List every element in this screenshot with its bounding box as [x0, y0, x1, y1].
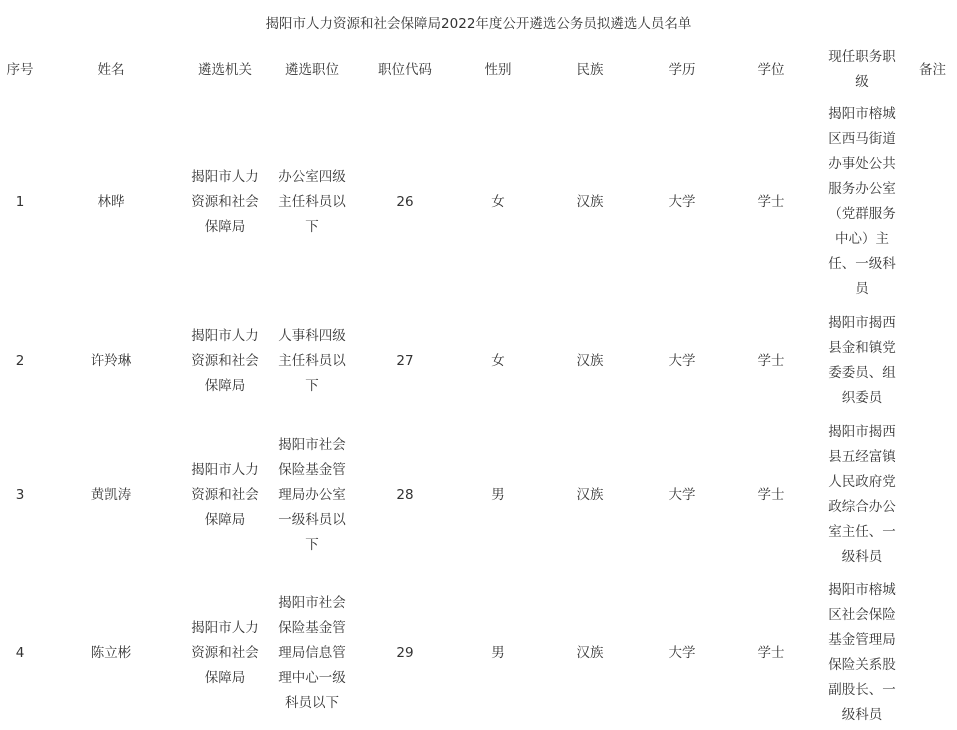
- header-education: 学历: [638, 42, 726, 98]
- table-row: 2 许羚琳 揭阳市人力资源和社会保障局 人事科四级主任科员以下 27 女 汉族 …: [0, 306, 957, 416]
- cell-current-post-text: 揭阳市榕城区社会保险基金管理局保险关系股副股长、一级科员: [827, 578, 897, 728]
- cell-position-text: 揭阳市社会保险基金管理局办公室一级科员以下: [277, 433, 347, 558]
- cell-org-text: 揭阳市人力资源和社会保障局: [190, 616, 260, 691]
- table-row: 3 黄凯涛 揭阳市人力资源和社会保障局 揭阳市社会保险基金管理局办公室一级科员以…: [0, 416, 957, 574]
- cell-no: 4: [0, 574, 40, 730]
- cell-ethnicity: 汉族: [542, 416, 638, 574]
- cell-remark: [908, 306, 957, 416]
- cell-gender: 女: [454, 98, 542, 306]
- cell-gender: 男: [454, 416, 542, 574]
- cell-no: 3: [0, 416, 40, 574]
- cell-org: 揭阳市人力资源和社会保障局: [182, 306, 268, 416]
- table-header-row: 序号 姓名 遴选机关 遴选职位 职位代码 性别 民族 学历 学位 现任职务职级 …: [0, 42, 957, 98]
- cell-position: 揭阳市社会保险基金管理局信息管理中心一级科员以下: [268, 574, 356, 730]
- cell-education: 大学: [638, 416, 726, 574]
- header-ethnicity: 民族: [542, 42, 638, 98]
- cell-name: 林晔: [40, 98, 182, 306]
- cell-remark: [908, 98, 957, 306]
- cell-current-post-text: 揭阳市揭西县金和镇党委委员、组织委员: [827, 311, 897, 411]
- cell-remark: [908, 416, 957, 574]
- cell-code: 28: [356, 416, 454, 574]
- cell-education: 大学: [638, 306, 726, 416]
- cell-education: 大学: [638, 574, 726, 730]
- cell-org: 揭阳市人力资源和社会保障局: [182, 416, 268, 574]
- cell-current-post: 揭阳市揭西县五经富镇人民政府党政综合办公室主任、一级科员: [816, 416, 908, 574]
- cell-current-post: 揭阳市榕城区西马街道办事处公共服务办公室（党群服务中心）主任、一级科员: [816, 98, 908, 306]
- cell-org-text: 揭阳市人力资源和社会保障局: [190, 458, 260, 533]
- cell-position: 揭阳市社会保险基金管理局办公室一级科员以下: [268, 416, 356, 574]
- header-remark: 备注: [908, 42, 957, 98]
- cell-current-post-text: 揭阳市揭西县五经富镇人民政府党政综合办公室主任、一级科员: [827, 420, 897, 570]
- cell-no: 1: [0, 98, 40, 306]
- table-row: 1 林晔 揭阳市人力资源和社会保障局 办公室四级主任科员以下 26 女 汉族 大…: [0, 98, 957, 306]
- cell-no: 2: [0, 306, 40, 416]
- header-current-post-label: 现任职务职级: [827, 45, 897, 95]
- cell-position-text: 办公室四级主任科员以下: [277, 165, 347, 240]
- cell-current-post-text: 揭阳市榕城区西马街道办事处公共服务办公室（党群服务中心）主任、一级科员: [827, 102, 897, 302]
- cell-name: 黄凯涛: [40, 416, 182, 574]
- cell-ethnicity: 汉族: [542, 574, 638, 730]
- cell-degree: 学士: [726, 306, 816, 416]
- cell-name: 许羚琳: [40, 306, 182, 416]
- header-gender: 性别: [454, 42, 542, 98]
- cell-degree: 学士: [726, 416, 816, 574]
- header-current-post: 现任职务职级: [816, 42, 908, 98]
- header-code: 职位代码: [356, 42, 454, 98]
- cell-org-text: 揭阳市人力资源和社会保障局: [190, 165, 260, 240]
- cell-position: 人事科四级主任科员以下: [268, 306, 356, 416]
- table-row: 4 陈立彬 揭阳市人力资源和社会保障局 揭阳市社会保险基金管理局信息管理中心一级…: [0, 574, 957, 730]
- cell-education: 大学: [638, 98, 726, 306]
- cell-position-text: 揭阳市社会保险基金管理局信息管理中心一级科员以下: [277, 591, 347, 716]
- header-position: 遴选职位: [268, 42, 356, 98]
- cell-ethnicity: 汉族: [542, 306, 638, 416]
- cell-org: 揭阳市人力资源和社会保障局: [182, 574, 268, 730]
- header-degree: 学位: [726, 42, 816, 98]
- cell-remark: [908, 574, 957, 730]
- cell-org-text: 揭阳市人力资源和社会保障局: [190, 324, 260, 399]
- cell-degree: 学士: [726, 574, 816, 730]
- header-name: 姓名: [40, 42, 182, 98]
- cell-ethnicity: 汉族: [542, 98, 638, 306]
- cell-current-post: 揭阳市揭西县金和镇党委委员、组织委员: [816, 306, 908, 416]
- cell-position: 办公室四级主任科员以下: [268, 98, 356, 306]
- cell-name: 陈立彬: [40, 574, 182, 730]
- cell-org: 揭阳市人力资源和社会保障局: [182, 98, 268, 306]
- header-no: 序号: [0, 42, 40, 98]
- cell-code: 29: [356, 574, 454, 730]
- cell-position-text: 人事科四级主任科员以下: [277, 324, 347, 399]
- header-org: 遴选机关: [182, 42, 268, 98]
- cell-degree: 学士: [726, 98, 816, 306]
- page-title: 揭阳市人力资源和社会保障局2022年度公开遴选公务员拟遴选人员名单: [0, 14, 957, 34]
- cell-gender: 女: [454, 306, 542, 416]
- cell-current-post: 揭阳市榕城区社会保险基金管理局保险关系股副股长、一级科员: [816, 574, 908, 730]
- cell-code: 26: [356, 98, 454, 306]
- cell-code: 27: [356, 306, 454, 416]
- cell-gender: 男: [454, 574, 542, 730]
- candidate-table: 序号 姓名 遴选机关 遴选职位 职位代码 性别 民族 学历 学位 现任职务职级 …: [0, 42, 957, 730]
